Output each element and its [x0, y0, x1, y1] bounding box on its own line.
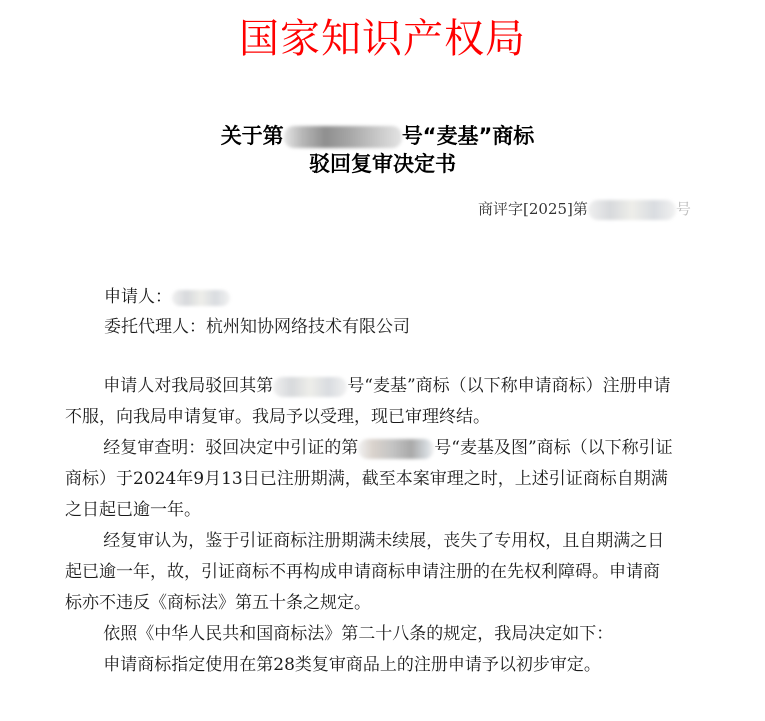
- document-title: 关于第号“麦基”商标 驳回复审决定书: [0, 122, 765, 178]
- applicant-row: 申请人：: [104, 282, 410, 312]
- p1-prefix: 申请人对我局驳回其第: [103, 376, 273, 396]
- paragraph-legal-basis: 依照《中华人民共和国商标法》第二十八条的规定，我局决定如下：: [65, 619, 675, 650]
- paragraph-decision: 申请商标指定使用在第28类复审商品上的注册申请予以初步审定。: [65, 650, 675, 681]
- redacted-trademark-number: [284, 126, 402, 148]
- decision-number: 商评字[2025]第号: [478, 198, 691, 220]
- p2-prefix: 经复审查明：驳回决定中引证的第: [103, 438, 358, 458]
- decision-number-prefix: 商评字[2025]第: [478, 200, 588, 218]
- paragraph-findings: 经复审查明：驳回决定中引证的第号“麦基及图”商标（以下称引证商标）于2024年9…: [65, 433, 675, 526]
- paragraph-background: 申请人对我局驳回其第号“麦基”商标（以下称申请商标）注册申请不服，向我局申请复审…: [65, 371, 675, 433]
- agent-value: 杭州知协网络技术有限公司: [206, 317, 410, 337]
- decision-body: 申请人对我局驳回其第号“麦基”商标（以下称申请商标）注册申请不服，向我局申请复审…: [65, 371, 675, 681]
- redacted-decision-number: [588, 200, 676, 220]
- paragraph-reasoning: 经复审认为，鉴于引证商标注册期满未续展，丧失了专用权，且自期满之日起已逾一年，故…: [65, 526, 675, 619]
- title-line-2: 驳回复审决定书: [0, 150, 765, 178]
- redacted-application-number: [273, 377, 347, 397]
- agent-row: 委托代理人：杭州知协网络技术有限公司: [104, 312, 410, 342]
- title-line-1: 关于第号“麦基”商标: [0, 122, 765, 150]
- applicant-label: 申请人：: [104, 287, 172, 307]
- issuer-masthead: 国家知识产权局: [0, 14, 765, 64]
- redacted-applicant-name: [172, 290, 230, 306]
- title-prefix: 关于第: [221, 124, 284, 148]
- parties-block: 申请人： 委托代理人：杭州知协网络技术有限公司: [104, 282, 410, 342]
- redacted-cited-mark-number: [358, 439, 434, 459]
- agent-label: 委托代理人：: [104, 317, 206, 337]
- decision-number-suffix: 号: [676, 200, 691, 218]
- title-suffix: 号“麦基”商标: [402, 124, 535, 148]
